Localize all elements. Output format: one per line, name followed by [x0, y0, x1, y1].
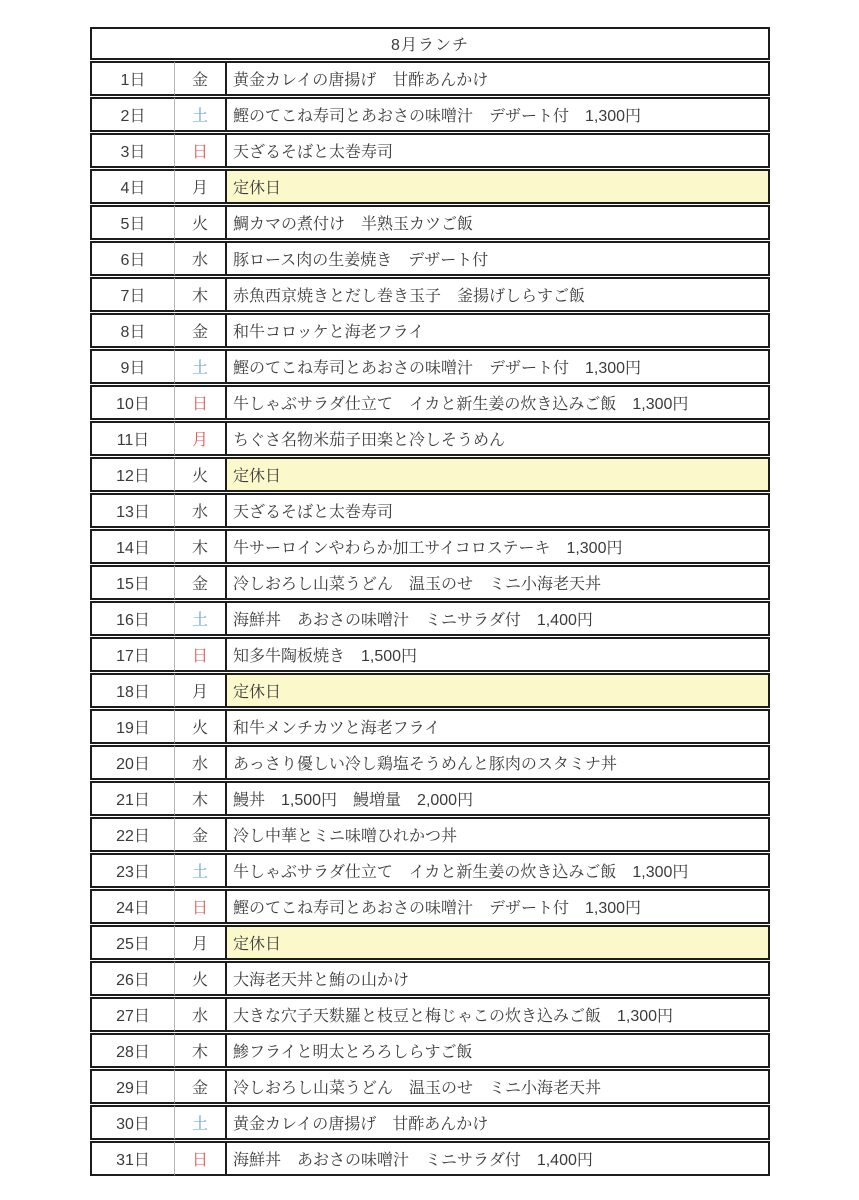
table-row: 21日木鰻丼 1,500円 鰻増量 2,000円: [90, 781, 770, 816]
table-row: 12日火定休日: [90, 457, 770, 492]
table-row: 23日土牛しゃぶサラダ仕立て イカと新生姜の炊き込みご飯 1,300円: [90, 853, 770, 888]
weekday-cell: 金: [175, 565, 227, 600]
menu-cell: 鰹のてこね寿司とあおさの味噌汁 デザート付 1,300円: [227, 97, 770, 132]
day-cell: 9日: [90, 349, 175, 384]
weekday-cell: 火: [175, 457, 227, 492]
table-row: 11日月ちぐさ名物米茄子田楽と冷しそうめん: [90, 421, 770, 456]
menu-cell: 天ざるそばと太巻寿司: [227, 493, 770, 528]
day-cell: 7日: [90, 277, 175, 312]
menu-cell: 海鮮丼 あおさの味噌汁 ミニサラダ付 1,400円: [227, 1141, 770, 1176]
table-row: 13日水天ざるそばと太巻寿司: [90, 493, 770, 528]
day-cell: 23日: [90, 853, 175, 888]
menu-cell: 定休日: [227, 673, 770, 708]
menu-cell: 鰹のてこね寿司とあおさの味噌汁 デザート付 1,300円: [227, 889, 770, 924]
menu-cell: 鰹のてこね寿司とあおさの味噌汁 デザート付 1,300円: [227, 349, 770, 384]
menu-cell: ちぐさ名物米茄子田楽と冷しそうめん: [227, 421, 770, 456]
table-row: 18日月定休日: [90, 673, 770, 708]
menu-cell: 牛しゃぶサラダ仕立て イカと新生姜の炊き込みご飯 1,300円: [227, 853, 770, 888]
day-cell: 16日: [90, 601, 175, 636]
weekday-cell: 日: [175, 385, 227, 420]
weekday-cell: 水: [175, 997, 227, 1032]
menu-cell: 天ざるそばと太巻寿司: [227, 133, 770, 168]
table-row: 1日金黄金カレイの唐揚げ 甘酢あんかけ: [90, 61, 770, 96]
table-row: 10日日牛しゃぶサラダ仕立て イカと新生姜の炊き込みご飯 1,300円: [90, 385, 770, 420]
day-cell: 3日: [90, 133, 175, 168]
day-cell: 17日: [90, 637, 175, 672]
weekday-cell: 金: [175, 817, 227, 852]
table-row: 17日日知多牛陶板焼き 1,500円: [90, 637, 770, 672]
menu-cell: 和牛メンチカツと海老フライ: [227, 709, 770, 744]
menu-cell: 豚ロース肉の生姜焼き デザート付: [227, 241, 770, 276]
weekday-cell: 土: [175, 853, 227, 888]
day-cell: 10日: [90, 385, 175, 420]
table-row: 15日金冷しおろし山菜うどん 温玉のせ ミニ小海老天丼: [90, 565, 770, 600]
day-cell: 2日: [90, 97, 175, 132]
title-row: 8月ランチ: [90, 27, 770, 60]
august-lunch-menu-table: 8月ランチ 1日金黄金カレイの唐揚げ 甘酢あんかけ2日土鰹のてこね寿司とあおさの…: [90, 26, 770, 1177]
day-cell: 5日: [90, 205, 175, 240]
menu-cell: 冷しおろし山菜うどん 温玉のせ ミニ小海老天丼: [227, 1069, 770, 1104]
weekday-cell: 金: [175, 1069, 227, 1104]
weekday-cell: 火: [175, 205, 227, 240]
day-cell: 11日: [90, 421, 175, 456]
table-row: 5日火鯛カマの煮付け 半熟玉カツご飯: [90, 205, 770, 240]
day-cell: 6日: [90, 241, 175, 276]
table-row: 31日日海鮮丼 あおさの味噌汁 ミニサラダ付 1,400円: [90, 1141, 770, 1176]
weekday-cell: 月: [175, 925, 227, 960]
menu-cell: 定休日: [227, 169, 770, 204]
table-row: 3日日天ざるそばと太巻寿司: [90, 133, 770, 168]
weekday-cell: 日: [175, 1141, 227, 1176]
day-cell: 25日: [90, 925, 175, 960]
table-row: 9日土鰹のてこね寿司とあおさの味噌汁 デザート付 1,300円: [90, 349, 770, 384]
menu-rows: 1日金黄金カレイの唐揚げ 甘酢あんかけ2日土鰹のてこね寿司とあおさの味噌汁 デザ…: [90, 61, 770, 1176]
menu-cell: 海鮮丼 あおさの味噌汁 ミニサラダ付 1,400円: [227, 601, 770, 636]
day-cell: 31日: [90, 1141, 175, 1176]
weekday-cell: 火: [175, 961, 227, 996]
table-row: 20日水あっさり優しい冷し鶏塩そうめんと豚肉のスタミナ丼: [90, 745, 770, 780]
table-row: 24日日鰹のてこね寿司とあおさの味噌汁 デザート付 1,300円: [90, 889, 770, 924]
weekday-cell: 木: [175, 529, 227, 564]
day-cell: 19日: [90, 709, 175, 744]
table-row: 27日水大きな穴子天麩羅と枝豆と梅じゃこの炊き込みご飯 1,300円: [90, 997, 770, 1032]
day-cell: 8日: [90, 313, 175, 348]
weekday-cell: 土: [175, 601, 227, 636]
weekday-cell: 月: [175, 169, 227, 204]
table-row: 4日月定休日: [90, 169, 770, 204]
menu-cell: 鰻丼 1,500円 鰻増量 2,000円: [227, 781, 770, 816]
weekday-cell: 木: [175, 277, 227, 312]
day-cell: 24日: [90, 889, 175, 924]
page-title: 8月ランチ: [90, 27, 770, 60]
day-cell: 1日: [90, 61, 175, 96]
weekday-cell: 木: [175, 1033, 227, 1068]
menu-cell: 赤魚西京焼きとだし巻き玉子 釜揚げしらすご飯: [227, 277, 770, 312]
menu-cell: 鯛カマの煮付け 半熟玉カツご飯: [227, 205, 770, 240]
menu-cell: 黄金カレイの唐揚げ 甘酢あんかけ: [227, 1105, 770, 1140]
menu-cell: 冷し中華とミニ味噌ひれかつ丼: [227, 817, 770, 852]
menu-cell: 冷しおろし山菜うどん 温玉のせ ミニ小海老天丼: [227, 565, 770, 600]
table-row: 7日木赤魚西京焼きとだし巻き玉子 釜揚げしらすご飯: [90, 277, 770, 312]
day-cell: 4日: [90, 169, 175, 204]
menu-cell: 牛サーロインやわらか加工サイコロステーキ 1,300円: [227, 529, 770, 564]
menu-cell: 大海老天丼と鮪の山かけ: [227, 961, 770, 996]
day-cell: 12日: [90, 457, 175, 492]
weekday-cell: 日: [175, 637, 227, 672]
table-row: 8日金和牛コロッケと海老フライ: [90, 313, 770, 348]
menu-cell: あっさり優しい冷し鶏塩そうめんと豚肉のスタミナ丼: [227, 745, 770, 780]
day-cell: 27日: [90, 997, 175, 1032]
table-row: 6日水豚ロース肉の生姜焼き デザート付: [90, 241, 770, 276]
day-cell: 15日: [90, 565, 175, 600]
day-cell: 21日: [90, 781, 175, 816]
weekday-cell: 土: [175, 349, 227, 384]
day-cell: 22日: [90, 817, 175, 852]
weekday-cell: 日: [175, 133, 227, 168]
day-cell: 14日: [90, 529, 175, 564]
weekday-cell: 火: [175, 709, 227, 744]
menu-cell: 和牛コロッケと海老フライ: [227, 313, 770, 348]
day-cell: 18日: [90, 673, 175, 708]
weekday-cell: 土: [175, 1105, 227, 1140]
table-row: 19日火和牛メンチカツと海老フライ: [90, 709, 770, 744]
weekday-cell: 木: [175, 781, 227, 816]
menu-cell: 黄金カレイの唐揚げ 甘酢あんかけ: [227, 61, 770, 96]
day-cell: 28日: [90, 1033, 175, 1068]
weekday-cell: 月: [175, 421, 227, 456]
day-cell: 20日: [90, 745, 175, 780]
table-row: 22日金冷し中華とミニ味噌ひれかつ丼: [90, 817, 770, 852]
table-row: 14日木牛サーロインやわらか加工サイコロステーキ 1,300円: [90, 529, 770, 564]
weekday-cell: 日: [175, 889, 227, 924]
weekday-cell: 水: [175, 493, 227, 528]
table-row: 29日金冷しおろし山菜うどん 温玉のせ ミニ小海老天丼: [90, 1069, 770, 1104]
menu-cell: 定休日: [227, 925, 770, 960]
table-row: 30日土黄金カレイの唐揚げ 甘酢あんかけ: [90, 1105, 770, 1140]
menu-cell: 大きな穴子天麩羅と枝豆と梅じゃこの炊き込みご飯 1,300円: [227, 997, 770, 1032]
day-cell: 26日: [90, 961, 175, 996]
menu-cell: 牛しゃぶサラダ仕立て イカと新生姜の炊き込みご飯 1,300円: [227, 385, 770, 420]
menu-cell: 定休日: [227, 457, 770, 492]
table-row: 2日土鰹のてこね寿司とあおさの味噌汁 デザート付 1,300円: [90, 97, 770, 132]
day-cell: 13日: [90, 493, 175, 528]
menu-page: 8月ランチ 1日金黄金カレイの唐揚げ 甘酢あんかけ2日土鰹のてこね寿司とあおさの…: [0, 0, 859, 1200]
table-row: 28日木鯵フライと明太とろろしらすご飯: [90, 1033, 770, 1068]
weekday-cell: 金: [175, 313, 227, 348]
table-row: 26日火大海老天丼と鮪の山かけ: [90, 961, 770, 996]
menu-cell: 鯵フライと明太とろろしらすご飯: [227, 1033, 770, 1068]
weekday-cell: 水: [175, 241, 227, 276]
weekday-cell: 金: [175, 61, 227, 96]
day-cell: 29日: [90, 1069, 175, 1104]
table-row: 16日土海鮮丼 あおさの味噌汁 ミニサラダ付 1,400円: [90, 601, 770, 636]
menu-cell: 知多牛陶板焼き 1,500円: [227, 637, 770, 672]
day-cell: 30日: [90, 1105, 175, 1140]
weekday-cell: 月: [175, 673, 227, 708]
weekday-cell: 土: [175, 97, 227, 132]
weekday-cell: 水: [175, 745, 227, 780]
table-row: 25日月定休日: [90, 925, 770, 960]
